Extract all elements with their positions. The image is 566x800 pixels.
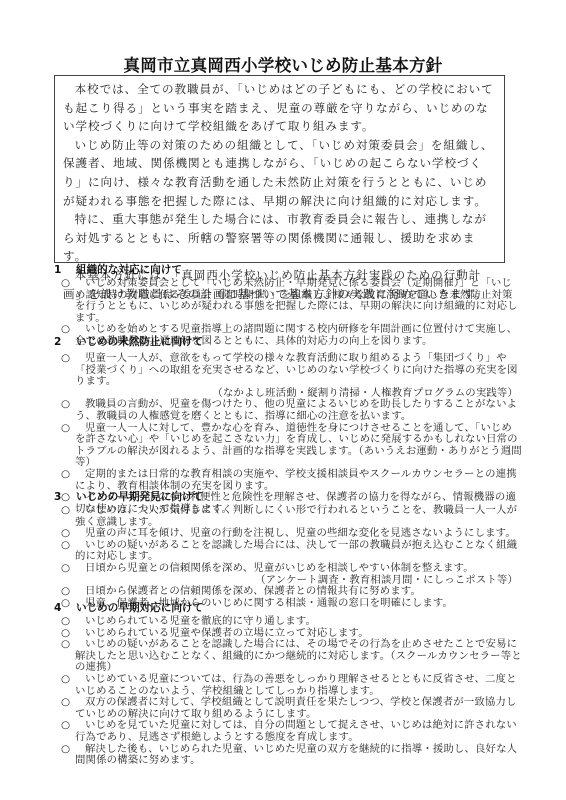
circle-bullet-icon: ○ [61, 278, 70, 290]
section-number: 2 [52, 336, 76, 349]
item-text: いじめは、大人が気付きにくく判断しにくい形で行われるということを、教職員一人一人… [75, 504, 517, 528]
circle-bullet-icon: ○ [61, 353, 70, 365]
circle-bullet-icon: ○ [61, 639, 70, 651]
list-item: ○いじめ対策委員会として「いじめ未然防止・早期発見に係る委員会（定期開催）」と「… [52, 278, 522, 324]
list-item: ○双方の保護者に対して、学校組織として説明責任を果たしつつ、学校と保護者が一致協… [52, 697, 522, 720]
item-text: 解決した後も、いじめられた児童、いじめた児童の双方を継続的に指導・援助し、良好な… [75, 743, 517, 767]
list-item: ○児童一人一人が、意欲をもって学校の様々な教育活動に取り組めるよう「集団づくり」… [52, 353, 522, 399]
item-text: いじめられている児童を徹底的に守り通します。 [85, 615, 316, 627]
item-text: 児童の声に耳を傾け、児童の行動を注視し、児童の些細な変化を見逃さないようにします… [85, 527, 516, 539]
intro-paragraph: 本校では、全ての教職員が、「いじめはどの子どもにも、どの学校においても起こり得る… [63, 80, 498, 136]
circle-bullet-icon: ○ [61, 586, 70, 598]
section-heading-text: いじめの早期対応に向けて [76, 602, 203, 614]
circle-bullet-icon: ○ [61, 423, 70, 435]
section-prevention: 2いじめの未然防止に向けて ○児童一人一人が、意欲をもって学校の様々な教育活動に… [52, 336, 522, 515]
item-text: いじめの疑いがあることを認識した場合には、決して一部の教職員が抱え込むことなく組… [75, 539, 517, 563]
list-item: ○児童一人一人に対して、豊かな心を育み、道徳性を身につけさせることを通して、「い… [52, 423, 522, 469]
circle-bullet-icon: ○ [61, 563, 70, 575]
circle-bullet-icon: ○ [61, 697, 70, 709]
section-heading-text: いじめの早期発見に向けて [76, 491, 203, 503]
list-item: ○解決した後も、いじめられた児童、いじめた児童の双方を継続的に指導・援助し、良好… [52, 744, 522, 767]
list-item: ○日頃から児童との信頼関係を深め、児童がいじめを相談しやすい体制を整えます。（ア… [52, 563, 522, 586]
circle-bullet-icon: ○ [61, 674, 70, 686]
list-item: ○定期的または日常的な教育相談の実施や、学校支援相談員やスクールカウンセラーとの… [52, 469, 522, 492]
item-text: 教職員の言動が、児童を傷つけたり、他の児童によるいじめを助長したりすることがない… [75, 398, 517, 422]
list-item: ○いじめの疑いがあることを認識した場合には、決して一部の教職員が抱え込むことなく… [52, 540, 522, 563]
item-text: 児童一人一人に対して、豊かな心を育み、道徳性を身につけさせることを通して、「いじ… [75, 422, 522, 469]
list-item: ○教職員の言動が、児童を傷つけたり、他の児童によるいじめを助長したりすることがな… [52, 399, 522, 422]
section-heading: 1組織的な対応に向けて [52, 264, 522, 277]
item-text: いじめられている児童や保護者の立場に立って対応します。 [85, 627, 369, 639]
section-number: 3 [52, 491, 76, 504]
list-item: ○いじめを見ていた児童に対しては、自分の問題として捉えさせ、いじめは絶対に許され… [52, 720, 522, 743]
section-number: 4 [52, 602, 76, 615]
section-early-response: 4いじめの早期対応に向けて ○いじめられている児童を徹底的に守り通します。 ○い… [52, 602, 522, 767]
item-text: 日頃から児童との信頼関係を深め、児童がいじめを相談しやすい体制を整えます。 [85, 562, 474, 574]
list-item: ○いじめは、大人が気付きにくく判断しにくい形で行われるということを、教職員一人一… [52, 505, 522, 528]
list-item: ○いじめている児童については、行為の善悪をしっかり理解させるとともに反省させ、二… [52, 674, 522, 697]
circle-bullet-icon: ○ [61, 720, 70, 732]
item-text: いじめを見ていた児童に対しては、自分の問題として捉えさせ、いじめは絶対に許されな… [75, 719, 517, 743]
item-text: 児童一人一人が、意欲をもって学校の様々な教育活動に取り組めるよう「集団づくり」や… [75, 352, 518, 387]
intro-paragraph: 特に、重大事態が発生した場合には、市教育委員会に報告し、連携しながら対処するとと… [63, 210, 498, 266]
list-item: ○いじめの疑いがあることを認識した場合には、その場でその行為を止めさせたことで安… [52, 639, 522, 674]
intro-paragraph: いじめ防止等の対策のための組織として、「いじめ対策委員会」を組織し、保護者、地域… [63, 136, 498, 210]
section-heading: 4いじめの早期対応に向けて [52, 602, 522, 615]
item-text: 定期的または日常的な教育相談の実施や、学校支援相談員やスクールカウンセラーとの連… [75, 468, 517, 492]
circle-bullet-icon: ○ [61, 399, 70, 411]
circle-bullet-icon: ○ [61, 469, 70, 481]
item-text: いじめている児童については、行為の善悪をしっかり理解させるとともに反省させ、二度… [75, 673, 517, 697]
circle-bullet-icon: ○ [61, 540, 70, 552]
item-text: 日頃から保護者との信頼関係を深め、保護者との情報共有に努めます。 [85, 585, 421, 597]
intro-box: 本校では、全ての教職員が、「いじめはどの子どもにも、どの学校においても起こり得る… [54, 75, 505, 263]
section-heading-text: いじめの未然防止に向けて [76, 336, 203, 348]
circle-bullet-icon: ○ [61, 324, 70, 336]
section-number: 1 [52, 264, 76, 277]
item-text: 双方の保護者に対して、学校組織として説明責任を果たしつつ、学校と保護者が一致協力… [75, 696, 517, 720]
section-heading-text: 組織的な対応に向けて [76, 264, 182, 276]
section-early-detection: 3いじめの早期発見に向けて ○いじめは、大人が気付きにくく判断しにくい形で行われ… [52, 491, 522, 609]
item-text: いじめ対策委員会として「いじめ未然防止・早期発見に係る委員会（定期開催）」と「い… [75, 277, 518, 324]
circle-bullet-icon: ○ [61, 616, 70, 628]
section-heading: 3いじめの早期発見に向けて [52, 491, 522, 504]
document-title: 真岡市立真岡西小学校いじめ防止基本方針 [0, 52, 566, 76]
section-heading: 2いじめの未然防止に向けて [52, 336, 522, 349]
circle-bullet-icon: ○ [61, 744, 70, 756]
item-text: いじめの疑いがあることを認識した場合には、その場でその行為を止めさせたことで安易… [75, 638, 522, 673]
circle-bullet-icon: ○ [61, 505, 70, 517]
